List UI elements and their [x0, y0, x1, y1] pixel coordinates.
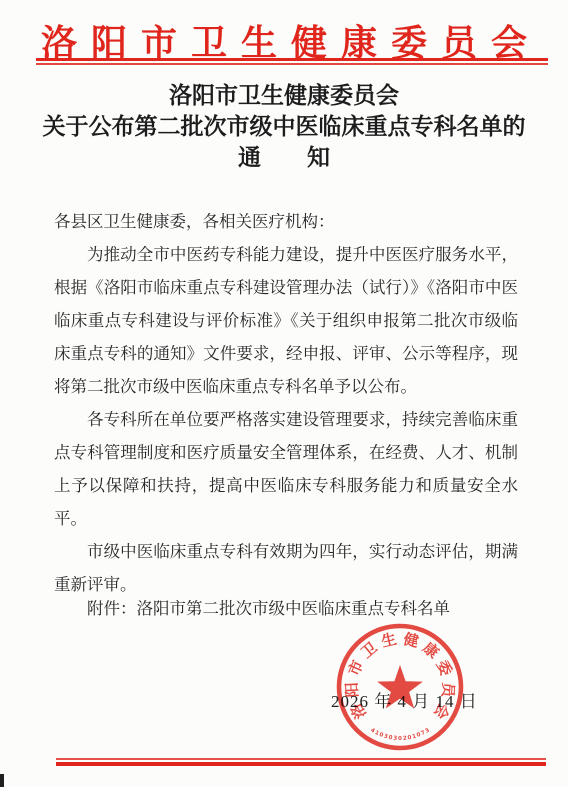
seal-serial-digit: 0: [378, 732, 384, 739]
seal-serial-digit: 4: [369, 728, 376, 735]
scan-artifact-mark: [0, 774, 4, 787]
footer-divider-thick-line: [56, 762, 546, 766]
seal-char: 生: [380, 631, 399, 651]
seal-char: 市: [345, 658, 367, 679]
footer-divider: [56, 758, 546, 766]
seal-serial-digit: 0: [416, 732, 422, 739]
document-page: 洛阳市卫生健康委员会 洛阳市卫生健康委员会 关于公布第二批次市级中医临床重点专科…: [0, 0, 568, 787]
salutation-line: 各县区卫生健康委，各相关医疗机构：: [54, 205, 518, 238]
seal-serial-digit: 3: [393, 736, 398, 742]
seal-serial-number: 4103030201073: [369, 727, 431, 742]
seal-char: 卫: [358, 639, 380, 662]
seal-serial-digit: 1: [412, 734, 417, 741]
seal-serial-digit: 0: [398, 736, 402, 742]
issue-date: 2026 年 4 月 14 日: [331, 687, 478, 712]
body-paragraph-2: 各专科所在单位要严格落实建设管理要求，持续完善临床重点专科管理制度和医疗质量安全…: [54, 403, 518, 535]
letterhead-divider: [36, 58, 548, 65]
seal-serial-digit: 7: [420, 730, 426, 737]
seal-char: 康: [419, 639, 442, 662]
seal-char: 健: [401, 631, 420, 651]
seal-serial-digit: 3: [424, 727, 431, 734]
seal-serial-digit: 2: [403, 736, 408, 742]
document-body: 各县区卫生健康委，各相关医疗机构： 为推动全市中医药专科能力建设，提升中医医疗服…: [54, 205, 518, 601]
footer-divider-thin-line: [56, 758, 546, 760]
document-title: 洛阳市卫生健康委员会 关于公布第二批次市级中医临床重点专科名单的 通 知: [20, 80, 548, 173]
seal-serial-digit: 0: [407, 735, 412, 742]
document-title-line1: 洛阳市卫生健康委员会: [20, 80, 548, 111]
seal-char: 委: [433, 658, 455, 679]
attachment-line: 附件：洛阳市第二批次市级中医临床重点专科名单: [54, 592, 518, 625]
seal-serial-digit: 0: [388, 735, 393, 742]
seal-serial-digit: 3: [383, 734, 388, 741]
document-title-line2: 关于公布第二批次市级中医临床重点专科名单的: [20, 111, 548, 142]
document-title-line3: 通 知: [20, 142, 548, 173]
letterhead-divider-thin-line: [36, 63, 548, 65]
body-paragraph-1: 为推动全市中医药专科能力建设，提升中医医疗服务水平，根据《洛阳市临床重点专科建设…: [54, 238, 518, 403]
seal-serial-digit: 1: [374, 730, 380, 737]
